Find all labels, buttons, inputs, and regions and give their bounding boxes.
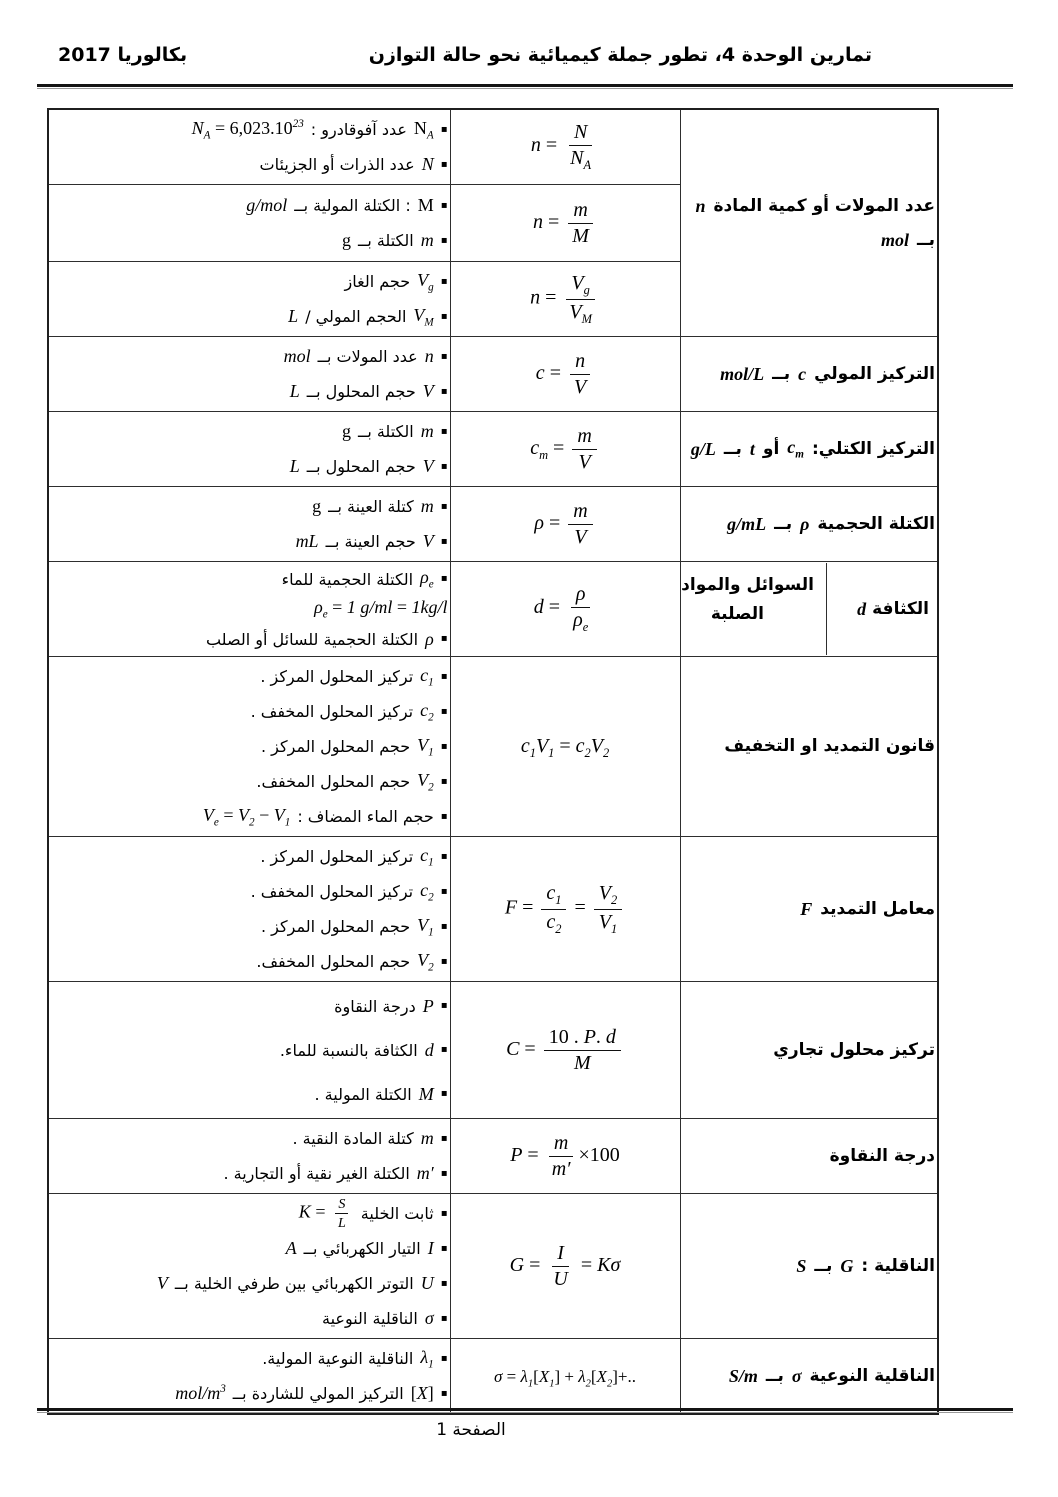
bullet-icon: ▪ [441,634,448,644]
page-header: بكالوريا 2017 تمارين الوحدة 4، تطور جملة… [0,44,1058,66]
label-cell-conductivity: ▪الناقلية النوعيةσبــS/m [680,1339,938,1415]
math-group: K = SL [299,1196,354,1230]
fraction: NNA [565,121,596,172]
math-group: d [857,599,866,620]
formula-cell-density: d = ρρe [450,562,680,657]
bullet-icon: ▪ [441,887,448,897]
bullet-icon: ▪ [441,352,448,362]
bullet-icon: ▪ [441,502,448,512]
formula-cell-conductivity: σ = λ1[X1] + λ2[X2]+.. [450,1339,680,1415]
formula-dilution-factor: F = c1c2 = V2V1 [505,882,625,936]
math-group: A [286,1238,297,1259]
table-row-density: الكثافةd السوائل والمواد الصلبة d = ρρe … [48,562,938,657]
definition-line: ▪M: الكتلة المولية بــg/mol [51,188,448,223]
formula-commercial-concentration: C = 10 . P. dM [506,1026,624,1075]
definition-line: ▪nعدد المولات بــmol [51,339,448,374]
bullet-icon: ▪ [441,707,448,717]
text-line: ▪الناقلية :GبــS [683,1249,936,1283]
math-group: NA [414,118,434,142]
math-group: V [423,531,434,552]
formula-molar-concentration: c = nV [536,350,594,399]
math-group: G [840,1256,853,1277]
fraction: V2V1 [594,882,622,936]
definitions-cell-moles-gas: ▪Vgحجم الغاز▪VMالحجم المولي /L [48,262,450,337]
text-line: ▪الناقلية النوعيةσبــS/m [683,1359,936,1393]
math-group: g [312,496,321,517]
definition-line: ▪mكتلة العينة بــg [51,489,448,524]
definition-line: ▪V1حجم المحلول المركز . [51,909,448,944]
bullet-icon: ▪ [441,922,448,932]
text-line: ▪ρe = 1 g/ml = 1kg/l [51,594,448,624]
definition-line: ▪m′الكتلة الغير نقية أو التجارية . [51,1156,448,1191]
bullet-icon: ▪ [441,427,448,437]
definitions-cell-mass-concentration: ▪mالكتلة بــg▪Vحجم المحلول بــL [48,412,450,487]
footer-rule [37,1408,1013,1411]
math-group: ρe = 1 g/ml = 1kg/l [314,597,447,621]
definitions-cell-dilution-factor: ▪c1تركيز المحلول المركز .▪c2تركيز المحلو… [48,837,450,982]
table-row-volumic-mass: ▪الكتلة الحجميةρبــg/mL ρ = mV ▪mكتلة ال… [48,487,938,562]
formula-cell-commercial-concentration: C = 10 . P. dM [450,982,680,1119]
label-cell-conductance: ▪الناقلية :GبــS [680,1194,938,1339]
definition-line: ▪c2تركيز المحلول المخفف . [51,694,448,729]
math-group: m [421,496,434,517]
math-group: c2 [420,880,434,904]
definitions-cell-commercial-concentration: ▪Pدرجة النقاوة▪dالكثافة بالنسبة للماء.▪M… [48,982,450,1119]
math-group: P [423,996,434,1017]
formula-moles-avogadro: n = NNA [531,121,599,172]
bullet-icon: ▪ [441,201,448,211]
math-group: U [421,1273,434,1294]
bullet-icon: ▪ [441,387,448,397]
definition-line: ▪Uالتوتر الكهربائي بين طرفي الخلية بــV [51,1266,448,1301]
liquids-label-line2: الصلبة [711,604,764,624]
formula-cell-volumic-mass: ρ = mV [450,487,680,562]
math-group: mol/L [720,364,764,385]
formula-cell-molar-concentration: c = nV [450,337,680,412]
bullet-icon: ▪ [441,1279,448,1289]
definition-line: ▪V2حجم المحلول المخفف. [51,764,448,799]
definition-line: ▪VMالحجم المولي /L [51,299,448,334]
math-group: V [157,1273,168,1294]
math-group: V [423,381,434,402]
fraction: IU [548,1242,572,1291]
definitions-cell-molar-concentration: ▪nعدد المولات بــmol▪Vحجم المحلول بــL [48,337,450,412]
definitions-cell-conductivity: ▪λ1الناقلية النوعية المولية.▪[X]التركيز … [48,1339,450,1415]
definition-line: ▪ρeالكتلة الحجمية للماء [51,564,448,594]
liquids-solids-label: السوائل والمواد الصلبة [681,563,827,655]
label-cell-molar-concentration: ▪التركيز الموليcبــmol/L [680,337,938,412]
math-group: M [418,195,434,216]
math-group: L [290,381,300,402]
table-row-conductivity: ▪الناقلية النوعيةσبــS/m σ = λ1[X1] + λ2… [48,1339,938,1415]
definition-line: ▪c2تركيز المحلول المخفف . [51,874,448,909]
math-group: L [290,456,300,477]
formula-cell-dilution-factor: F = c1c2 = V2V1 [450,837,680,982]
bullet-icon: ▪ [441,852,448,862]
bullet-icon: ▪ [441,1045,448,1055]
definition-line: ▪[X]التركيز المولي للشاردة بــmol/m3 [51,1376,448,1411]
bullet-icon: ▪ [441,1389,448,1399]
definition-line: ▪Vgحجم الغاز [51,264,448,299]
definitions-cell-conductance: ▪ثابت الخليةK = SL▪Iالتيار الكهربائي بــ… [48,1194,450,1339]
fraction: mV [568,500,592,549]
formula-cell-conductance: G = IU = Kσ [450,1194,680,1339]
bullet-icon: ▪ [441,812,448,822]
label-cell-purity: ▪درجة النقاوة [680,1119,938,1194]
bullet-icon: ▪ [441,1134,448,1144]
math-group: c1 [420,665,434,689]
bullet-icon: ▪ [441,1209,448,1219]
bullet-icon: ▪ [441,125,448,135]
label-cell-moles: ▪عدد المولات أو كمية المادةn▪بــmol [680,109,938,337]
definition-line: ▪mالكتلة بــg [51,223,448,258]
math-group: c [798,364,806,385]
math-group: V2 [417,770,434,794]
definition-line: ▪λ1الناقلية النوعية المولية. [51,1341,448,1376]
formula-moles-mass: n = mM [533,199,597,248]
definition-line: ▪V1حجم المحلول المركز . [51,729,448,764]
bullet-icon: ▪ [441,462,448,472]
definition-line: ▪Vحجم العينة بــmL [51,524,448,559]
document-page: بكالوريا 2017 تمارين الوحدة 4، تطور جملة… [0,0,1058,1497]
math-group: σ [792,1366,802,1387]
math-group: n [695,196,705,217]
table-row-purity: ▪درجة النقاوة P = mm′×100 ▪mكتلة المادة … [48,1119,938,1194]
math-group: mol [284,346,311,367]
label-cell-volumic-mass: ▪الكتلة الحجميةρبــg/mL [680,487,938,562]
math-group: ρ [800,514,809,535]
text-line: ▪درجة النقاوة [683,1139,936,1173]
math-group: λ1 [420,1347,433,1371]
math-group: g [342,421,351,442]
math-group: m [421,230,434,251]
math-group: M [419,1084,434,1105]
bullet-icon: ▪ [441,1001,448,1011]
definition-line: ▪Iالتيار الكهربائي بــA [51,1231,448,1266]
bullet-icon: ▪ [441,160,448,170]
definition-line: ▪Pدرجة النقاوة [51,984,448,1028]
exam-year-label: بكالوريا 2017 [58,44,187,66]
bullet-icon: ▪ [441,1244,448,1254]
math-group: c1 [420,845,434,869]
definitions-cell-dilution-law: ▪c1تركيز المحلول المركز .▪c2تركيز المحلو… [48,657,450,837]
definition-line: ▪σالناقلية النوعية [51,1301,448,1336]
math-group: mL [296,531,319,552]
definition-line: ▪dالكثافة بالنسبة للماء. [51,1028,448,1072]
fraction: SL [333,1196,351,1230]
text-line: ▪الكتلة الحجميةρبــg/mL [683,507,936,541]
math-group: t [750,439,755,460]
math-group: S [796,1256,806,1277]
formula-purity: P = mm′×100 [510,1132,620,1181]
math-group: mol [881,230,909,251]
definition-line: ▪NAعدد آفوقادرو :NA = 6,023.1023 [51,112,448,147]
math-group: N [422,154,434,175]
definition-line: ▪c1تركيز المحلول المركز . [51,659,448,694]
math-group: V [423,456,434,477]
math-group: d [425,1040,434,1061]
math-group: m′ [417,1163,434,1184]
definition-line: ▪حجم الماء المضاف :Ve = V2 − V1 [51,799,448,834]
density-label-split: الكثافةd السوائل والمواد الصلبة [681,563,938,655]
table-row-dilution-law: ▪قانون التمديد او التخفيف c1V1 = c2V2 ▪c… [48,657,938,837]
formula-conductance: G = IU = Kσ [510,1242,621,1291]
table-row-conductance: ▪الناقلية :GبــS G = IU = Kσ ▪ثابت الخلي… [48,1194,938,1339]
formula-cell-moles-mass: n = mM [450,185,680,262]
definition-line: ▪Nعدد الذرات أو الجزيئات [51,147,448,182]
definitions-cell-moles-mass: ▪M: الكتلة المولية بــg/mol▪mالكتلة بــg [48,185,450,262]
definition-line: ▪mالكتلة بــg [51,414,448,449]
fraction: c1c2 [541,882,566,936]
math-group: Ve = V2 − V1 [203,805,290,829]
formula-cell-moles-gas: n = VgVM [450,262,680,337]
table-row-molar-concentration: ▪التركيز الموليcبــmol/L c = nV ▪nعدد ال… [48,337,938,412]
text-line: ▪معامل التمديدF [683,892,936,926]
math-group: g/mL [727,514,766,535]
fraction: mm′ [547,1132,576,1181]
fraction: mM [567,199,594,248]
formula-mass-concentration: cm = mV [530,425,600,474]
label-cell-mass-concentration: ▪التركيز الكتلي:cmأوtبــg/L [680,412,938,487]
formula-cell-mass-concentration: cm = mV [450,412,680,487]
definition-line: ▪ثابت الخليةK = SL [51,1196,448,1231]
math-group: V2 [417,950,434,974]
formula-cell-dilution-law: c1V1 = c2V2 [450,657,680,837]
text-line: ▪تركيز محلول تجاري [683,1033,936,1067]
math-group: F [800,899,812,920]
text-line: ▪قانون التمديد او التخفيف [683,730,936,764]
table-row-mass-concentration: ▪التركيز الكتلي:cmأوtبــg/L cm = mV ▪mال… [48,412,938,487]
fraction: mV [572,425,596,474]
text-line: ▪عدد المولات أو كمية المادةn [683,189,936,223]
definitions-cell-density: ▪ρeالكتلة الحجمية للماء▪ρe = 1 g/ml = 1k… [48,562,450,657]
definition-line: ▪Vحجم المحلول بــL [51,449,448,484]
formula-dilution-law: c1V1 = c2V2 [521,735,609,761]
math-group: NA = 6,023.1023 [192,118,304,142]
density-label: الكثافةd [826,563,937,655]
table-row-commercial-concentration: ▪تركيز محلول تجاري C = 10 . P. dM ▪Pدرجة… [48,982,938,1119]
math-group: g [342,230,351,251]
fraction: 10 . P. dM [544,1026,621,1075]
bullet-icon: ▪ [441,1314,448,1324]
fraction: ρρe [568,583,593,634]
math-group: Vg [417,270,434,294]
bullet-icon: ▪ [441,672,448,682]
math-group: m [421,1128,434,1149]
formula-density: d = ρρe [534,583,596,634]
bullet-icon: ▪ [441,537,448,547]
math-group: [X] [411,1383,434,1404]
math-group: c2 [420,700,434,724]
bullet-icon: ▪ [441,1354,448,1364]
bullet-icon: ▪ [441,312,448,322]
definition-line: ▪Mالكتلة المولية . [51,1072,448,1116]
definition-line: ▪mكتلة المادة النقية . [51,1121,448,1156]
math-group: cm [787,437,804,461]
math-group: V1 [417,915,434,939]
text-line: ▪التركيز الموليcبــmol/L [683,357,936,391]
label-cell-dilution-factor: ▪معامل التمديدF [680,837,938,982]
definition-line: ▪c1تركيز المحلول المركز . [51,839,448,874]
math-group: ρ [425,629,434,650]
bullet-icon: ▪ [441,277,448,287]
bullet-icon: ▪ [441,1169,448,1179]
formula-cell-moles-avogadro: n = NNA [450,109,680,185]
bullet-icon: ▪ [441,742,448,752]
definitions-cell-moles-avogadro: ▪NAعدد آفوقادرو :NA = 6,023.1023▪Nعدد ال… [48,109,450,185]
label-cell-density: الكثافةd السوائل والمواد الصلبة [680,562,938,657]
text-line: ▪بــmol [683,223,936,257]
liquids-label-line1: السوائل والمواد [681,575,814,595]
definition-line: ▪ρالكتلة الحجمية للسائل أو الصلب [51,624,448,654]
fraction: VgVM [564,272,597,326]
definition-line: ▪V2حجم المحلول المخفف. [51,944,448,979]
math-group: V1 [417,735,434,759]
definitions-cell-volumic-mass: ▪mكتلة العينة بــg▪Vحجم العينة بــmL [48,487,450,562]
formula-table: ▪عدد المولات أو كمية المادةn▪بــmol n = … [47,108,939,1415]
table-row-dilution-factor: ▪معامل التمديدF F = c1c2 = V2V1 ▪c1تركيز… [48,837,938,982]
math-group: VM [413,305,433,329]
math-group: ρe [420,567,434,591]
formula-moles-gas: n = VgVM [530,272,600,326]
formula-cell-purity: P = mm′×100 [450,1119,680,1194]
math-group: mol/m3 [175,1383,226,1404]
math-group: σ [425,1308,434,1329]
text-line: ▪التركيز الكتلي:cmأوtبــg/L [683,432,936,466]
math-group: g/L [691,439,716,460]
bullet-icon: ▪ [441,236,448,246]
fraction: nV [569,350,591,399]
math-group: I [428,1238,434,1259]
definition-line: ▪Vحجم المحلول بــL [51,374,448,409]
math-group: n [425,346,434,367]
math-group: m [421,421,434,442]
definitions-cell-purity: ▪mكتلة المادة النقية .▪m′الكتلة الغير نق… [48,1119,450,1194]
math-group: g/mol [246,195,287,216]
table-row-moles: ▪عدد المولات أو كمية المادةn▪بــmol n = … [48,109,938,185]
formula-volumic-mass: ρ = mV [534,500,595,549]
bullet-icon: ▪ [441,957,448,967]
label-cell-commercial-concentration: ▪تركيز محلول تجاري [680,982,938,1119]
page-number: الصفحة 1 [0,1420,1000,1440]
math-group: S/m [729,1366,758,1387]
math-group: L [288,306,298,327]
bullet-icon: ▪ [441,777,448,787]
bullet-icon: ▪ [441,574,448,584]
header-rule [37,84,1013,87]
bullet-icon: ▪ [441,1089,448,1099]
label-cell-dilution-law: ▪قانون التمديد او التخفيف [680,657,938,837]
page-title: تمارين الوحدة 4، تطور جملة كيميائية نحو … [369,44,872,66]
formula-conductivity: σ = λ1[X1] + λ2[X2]+.. [494,1367,636,1389]
